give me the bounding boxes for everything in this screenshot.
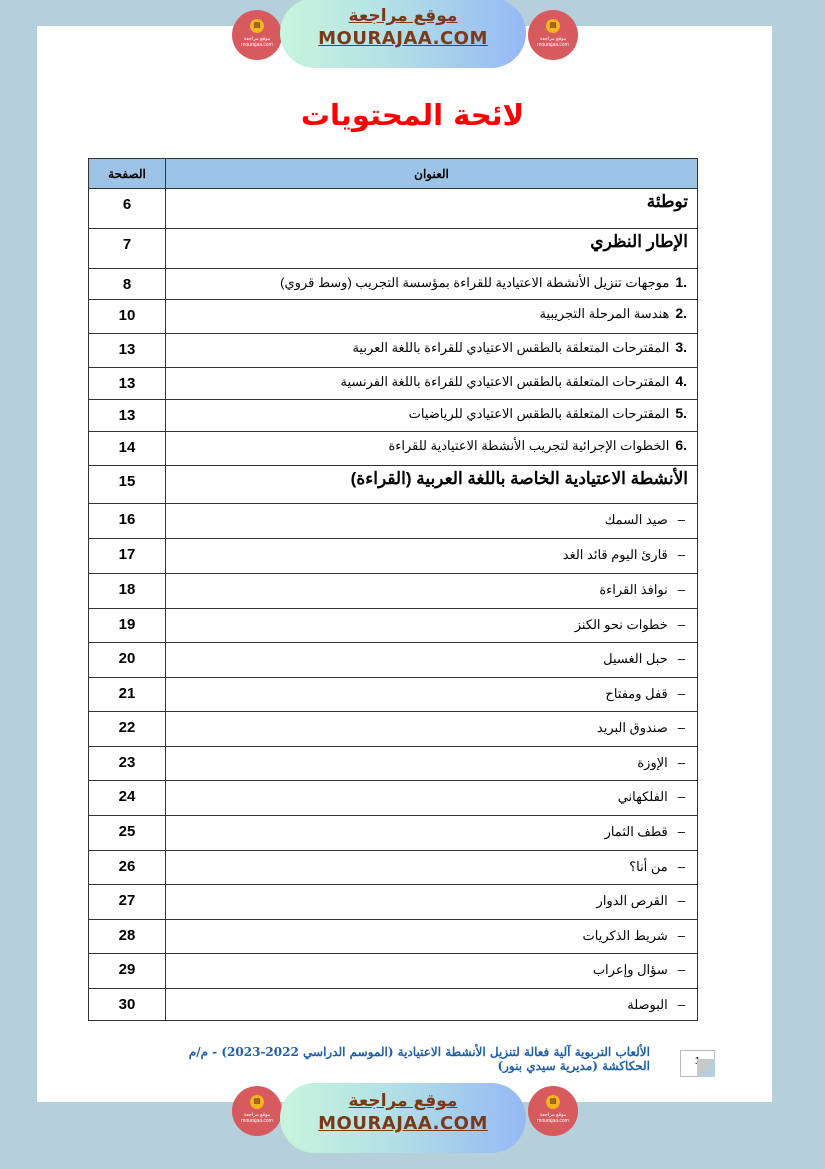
dash-bullet: – <box>678 928 685 943</box>
site-logo-badge-right-bottom[interactable]: ▤ موقع مراجعة mourajaa.com <box>528 1086 578 1136</box>
column-header-page: الصفحة <box>89 159 166 189</box>
toc-numbered-item: 6.الخطوات الإجرائية لتجريب الأنشطة الاعت… <box>166 432 697 454</box>
item-title: قطف الثمار <box>605 824 668 839</box>
toc-row: 26–من أنا؟ <box>89 851 698 885</box>
toc-title-cell: –خطوات نحو الكنز <box>166 609 698 643</box>
toc-activity-item: –صندوق البريد <box>166 712 697 736</box>
toc-title-cell: –سؤال وإعراب <box>166 954 698 989</box>
toc-row: 135.المقترحات المتعلقة بالطقس الاعتيادي … <box>89 400 698 432</box>
toc-title-cell: 2.هندسة المرحلة التجريبية <box>166 300 698 334</box>
item-title: موجهات تنزيل الأنشطة الاعتيادية للقراءة … <box>280 275 669 290</box>
book-icon: ▤ <box>546 19 560 33</box>
dash-bullet: – <box>678 824 685 839</box>
book-icon: ▤ <box>546 1095 560 1109</box>
toc-row: 7الإطار النظري <box>89 229 698 269</box>
toc-title-cell: 6.الخطوات الإجرائية لتجريب الأنشطة الاعت… <box>166 432 698 466</box>
toc-page-number: 8 <box>89 269 166 300</box>
item-number: 1. <box>675 274 687 290</box>
item-title: المقترحات المتعلقة بالطقس الاعتيادي للقر… <box>352 340 669 355</box>
toc-page-number: 13 <box>89 400 166 432</box>
toc-title-cell: 5.المقترحات المتعلقة بالطقس الاعتيادي لل… <box>166 400 698 432</box>
badge-text: موقع مراجعة mourajaa.com <box>528 1112 578 1124</box>
toc-activity-item: –الإوزة <box>166 747 697 771</box>
book-icon: ▤ <box>250 19 264 33</box>
toc-title-cell: –حبل الغسيل <box>166 643 698 678</box>
item-title: حبل الغسيل <box>603 651 668 666</box>
toc-numbered-item: 4.المقترحات المتعلقة بالطقس الاعتيادي لل… <box>166 368 697 390</box>
toc-title-cell: –صندوق البريد <box>166 712 698 747</box>
toc-activity-item: –حبل الغسيل <box>166 643 697 667</box>
toc-activity-item: –سؤال وإعراب <box>166 954 697 978</box>
site-name-ar[interactable]: موقع مراجعة <box>280 6 526 26</box>
toc-page-number: 6 <box>89 189 166 229</box>
dash-bullet: – <box>678 651 685 666</box>
dash-bullet: – <box>678 962 685 977</box>
toc-row: 146.الخطوات الإجرائية لتجريب الأنشطة الا… <box>89 432 698 466</box>
toc-activity-item: –خطوات نحو الكنز <box>166 609 697 633</box>
toc-page-number: 14 <box>89 432 166 466</box>
toc-title-cell: –الفلكهاني <box>166 781 698 816</box>
dash-bullet: – <box>678 547 685 562</box>
toc-numbered-item: 3.المقترحات المتعلقة بالطقس الاعتيادي لل… <box>166 334 697 356</box>
toc-page-number: 27 <box>89 885 166 920</box>
toc-numbered-item: 5.المقترحات المتعلقة بالطقس الاعتيادي لل… <box>166 400 697 422</box>
dash-bullet: – <box>678 789 685 804</box>
site-name-en[interactable]: MOURAJAA.COM <box>280 28 526 49</box>
toc-activity-item: –من أنا؟ <box>166 851 697 875</box>
toc-title-cell: الأنشطة الاعتيادية الخاصة باللغة العربية… <box>166 466 698 504</box>
page-title: لائحة المحتويات <box>0 98 825 132</box>
toc-page-number: 13 <box>89 334 166 368</box>
toc-title-cell: –قارئ اليوم قائد الغد <box>166 539 698 574</box>
toc-page-number: 24 <box>89 781 166 816</box>
item-title: خطوات نحو الكنز <box>575 617 668 632</box>
toc-row: 25–قطف الثمار <box>89 816 698 851</box>
item-title: شريط الذكريات <box>583 928 668 943</box>
toc-page-number: 10 <box>89 300 166 334</box>
item-title: الفلكهاني <box>618 789 668 804</box>
toc-title-cell: –الإوزة <box>166 747 698 781</box>
toc-row: 133.المقترحات المتعلقة بالطقس الاعتيادي … <box>89 334 698 368</box>
table-of-contents: الصفحة العنوان 6توطئة7الإطار النظري81.مو… <box>88 158 698 1021</box>
toc-title-cell: 4.المقترحات المتعلقة بالطقس الاعتيادي لل… <box>166 368 698 400</box>
site-name-ar[interactable]: موقع مراجعة <box>280 1091 526 1111</box>
dash-bullet: – <box>678 512 685 527</box>
toc-title-cell: توطئة <box>166 189 698 229</box>
toc-row: 6توطئة <box>89 189 698 229</box>
item-title: الخطوات الإجرائية لتجريب الأنشطة الاعتيا… <box>388 438 669 453</box>
dash-bullet: – <box>678 755 685 770</box>
toc-title-cell: –قفل ومفتاح <box>166 678 698 712</box>
toc-row: 22–صندوق البريد <box>89 712 698 747</box>
toc-section-title: الإطار النظري <box>166 229 697 252</box>
toc-numbered-item: 1.موجهات تنزيل الأنشطة الاعتيادية للقراء… <box>166 269 697 291</box>
toc-page-number: 30 <box>89 989 166 1021</box>
item-title: المقترحات المتعلقة بالطقس الاعتيادي للقر… <box>341 374 670 389</box>
toc-title-cell: 3.المقترحات المتعلقة بالطقس الاعتيادي لل… <box>166 334 698 368</box>
toc-title-cell: –صيد السمك <box>166 504 698 539</box>
footer-text: الألعاب التربوية آلية فعالة لتنزيل الأنش… <box>150 1045 650 1073</box>
toc-row: 102.هندسة المرحلة التجريبية <box>89 300 698 334</box>
toc-page-number: 28 <box>89 920 166 954</box>
toc-title-cell: –البوصلة <box>166 989 698 1021</box>
dash-bullet: – <box>678 997 685 1012</box>
toc-activity-item: –صيد السمك <box>166 504 697 528</box>
site-banner-top[interactable]: موقع مراجعة MOURAJAA.COM <box>280 0 526 68</box>
toc-page-number: 16 <box>89 504 166 539</box>
dash-bullet: – <box>678 582 685 597</box>
toc-row: 19–خطوات نحو الكنز <box>89 609 698 643</box>
column-header-title: العنوان <box>166 159 698 189</box>
item-title: القرص الدوار <box>597 893 668 908</box>
toc-page-number: 20 <box>89 643 166 678</box>
item-number: 5. <box>675 405 687 421</box>
toc-section-title: توطئة <box>166 189 697 212</box>
dash-bullet: – <box>678 859 685 874</box>
item-title: البوصلة <box>627 997 668 1012</box>
item-title: سؤال وإعراب <box>593 962 668 977</box>
item-title: المقترحات المتعلقة بالطقس الاعتيادي للري… <box>409 406 670 421</box>
toc-row: 18–نوافذ القراءة <box>89 574 698 609</box>
page-number-box: 1 <box>680 1050 715 1077</box>
badge-text: موقع مراجعة mourajaa.com <box>232 1112 282 1124</box>
toc-title-cell: –قطف الثمار <box>166 816 698 851</box>
toc-page-number: 7 <box>89 229 166 269</box>
item-number: 4. <box>675 373 687 389</box>
toc-title-cell: –نوافذ القراءة <box>166 574 698 609</box>
site-banner-bottom[interactable]: موقع مراجعة MOURAJAA.COM <box>280 1083 526 1153</box>
toc-page-number: 13 <box>89 368 166 400</box>
dash-bullet: – <box>678 720 685 735</box>
toc-title-cell: –شريط الذكريات <box>166 920 698 954</box>
toc-page-number: 23 <box>89 747 166 781</box>
item-number: 2. <box>675 305 687 321</box>
site-name-en[interactable]: MOURAJAA.COM <box>280 1113 526 1134</box>
toc-activity-item: –البوصلة <box>166 989 697 1013</box>
toc-row: 27–القرص الدوار <box>89 885 698 920</box>
item-title: قارئ اليوم قائد الغد <box>563 547 668 562</box>
toc-row: 15الأنشطة الاعتيادية الخاصة باللغة العرب… <box>89 466 698 504</box>
toc-row: 17–قارئ اليوم قائد الغد <box>89 539 698 574</box>
toc-activity-item: –القرص الدوار <box>166 885 697 909</box>
toc-title-cell: الإطار النظري <box>166 229 698 269</box>
item-title: نوافذ القراءة <box>599 582 667 597</box>
book-icon: ▤ <box>250 1095 264 1109</box>
item-title: الإوزة <box>637 755 667 770</box>
site-logo-badge-left-bottom[interactable]: ▤ موقع مراجعة mourajaa.com <box>232 1086 282 1136</box>
toc-page-number: 29 <box>89 954 166 989</box>
badge-text: موقع مراجعة mourajaa.com <box>528 36 578 48</box>
item-number: 6. <box>675 437 687 453</box>
toc-row: 81.موجهات تنزيل الأنشطة الاعتيادية للقرا… <box>89 269 698 300</box>
toc-row: 24–الفلكهاني <box>89 781 698 816</box>
toc-numbered-item: 2.هندسة المرحلة التجريبية <box>166 300 697 322</box>
dash-bullet: – <box>678 686 685 701</box>
toc-activity-item: –الفلكهاني <box>166 781 697 805</box>
toc-activity-item: –قارئ اليوم قائد الغد <box>166 539 697 563</box>
toc-activity-item: –قطف الثمار <box>166 816 697 840</box>
toc-row: 134.المقترحات المتعلقة بالطقس الاعتيادي … <box>89 368 698 400</box>
item-title: هندسة المرحلة التجريبية <box>540 306 670 321</box>
toc-page-number: 25 <box>89 816 166 851</box>
item-title: قفل ومفتاح <box>605 686 667 701</box>
toc-activity-item: –نوافذ القراءة <box>166 574 697 598</box>
toc-page-number: 22 <box>89 712 166 747</box>
site-logo-badge-left[interactable]: ▤ موقع مراجعة mourajaa.com <box>232 10 282 60</box>
toc-title-cell: 1.موجهات تنزيل الأنشطة الاعتيادية للقراء… <box>166 269 698 300</box>
toc-section-title: الأنشطة الاعتيادية الخاصة باللغة العربية… <box>166 466 697 489</box>
toc-row: 28–شريط الذكريات <box>89 920 698 954</box>
item-title: صندوق البريد <box>597 720 668 735</box>
dash-bullet: – <box>678 893 685 908</box>
toc-row: 21–قفل ومفتاح <box>89 678 698 712</box>
item-title: صيد السمك <box>605 512 668 527</box>
toc-activity-item: –شريط الذكريات <box>166 920 697 944</box>
item-number: 3. <box>675 339 687 355</box>
toc-page-number: 15 <box>89 466 166 504</box>
dash-bullet: – <box>678 617 685 632</box>
toc-row: 23–الإوزة <box>89 747 698 781</box>
badge-text: موقع مراجعة mourajaa.com <box>232 36 282 48</box>
toc-row: 20–حبل الغسيل <box>89 643 698 678</box>
table-header-row: الصفحة العنوان <box>89 159 698 189</box>
item-title: من أنا؟ <box>629 859 668 874</box>
toc-row: 29–سؤال وإعراب <box>89 954 698 989</box>
site-logo-badge-right[interactable]: ▤ موقع مراجعة mourajaa.com <box>528 10 578 60</box>
toc-title-cell: –من أنا؟ <box>166 851 698 885</box>
toc-page-number: 19 <box>89 609 166 643</box>
toc-row: 30–البوصلة <box>89 989 698 1021</box>
page-curl-icon <box>697 1059 715 1077</box>
toc-page-number: 21 <box>89 678 166 712</box>
toc-page-number: 17 <box>89 539 166 574</box>
toc-page-number: 18 <box>89 574 166 609</box>
toc-activity-item: –قفل ومفتاح <box>166 678 697 702</box>
toc-title-cell: –القرص الدوار <box>166 885 698 920</box>
toc-page-number: 26 <box>89 851 166 885</box>
toc-row: 16–صيد السمك <box>89 504 698 539</box>
